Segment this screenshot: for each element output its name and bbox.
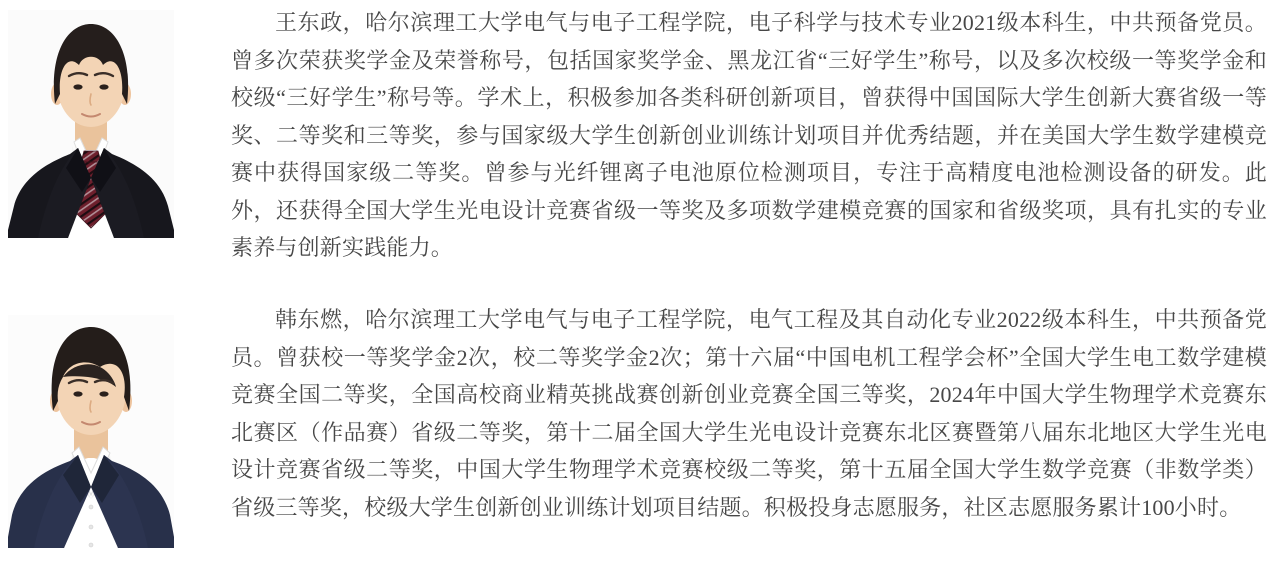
bio-paragraph-han-dongran: 韩东燃，哈尔滨理工大学电气与电子工程学院，电气工程及其自动化专业2022级本科生… [231, 301, 1267, 526]
student-photo-wang-dongzheng [8, 10, 174, 238]
portrait-photo [8, 10, 174, 238]
student-photo-han-dongran [8, 315, 174, 548]
document-page: 王东政，哈尔滨理工大学电气与电子工程学院，电子科学与技术专业2021级本科生，中… [0, 0, 1268, 570]
portrait-photo [8, 315, 174, 548]
bio-paragraph-wang-dongzheng: 王东政，哈尔滨理工大学电气与电子工程学院，电子科学与技术专业2021级本科生，中… [231, 4, 1267, 267]
